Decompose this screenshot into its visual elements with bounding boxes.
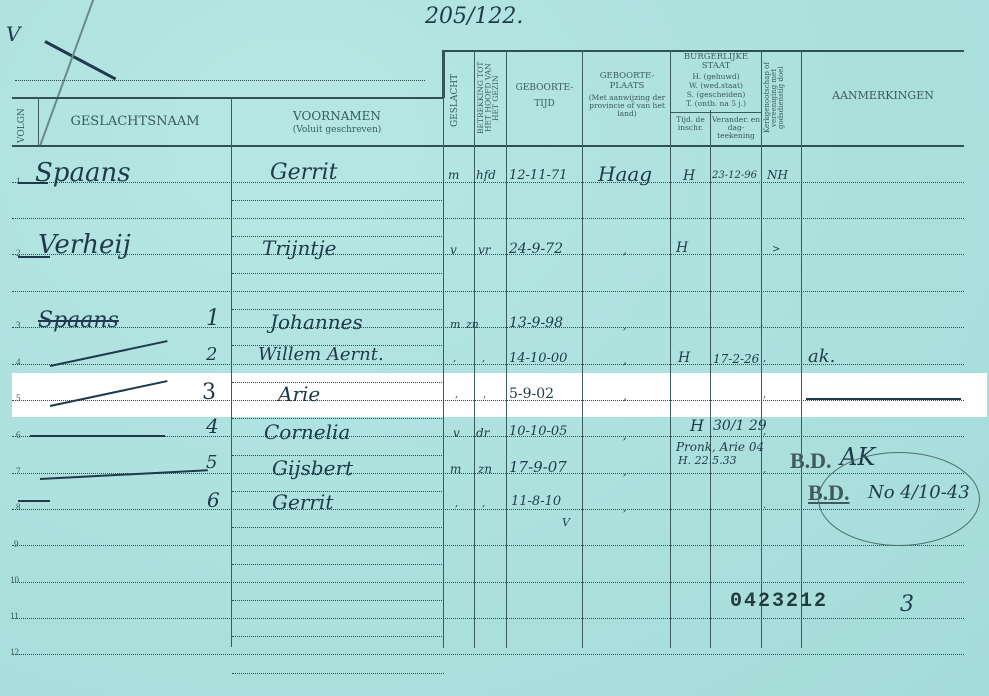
col-line-geboortetijd (506, 50, 507, 648)
col-line-verander (710, 110, 711, 648)
col-line-kerk (761, 50, 762, 648)
row5-sex: , (455, 389, 458, 400)
row4-civil-change: 17-2-26 (713, 352, 759, 366)
header-voornamen-sub: (Voluit geschreven) (232, 126, 442, 135)
row-line-5 (12, 400, 964, 401)
row2-given: Trijntje (262, 236, 336, 260)
row-number-4: 4 (16, 357, 21, 367)
row-subline-12 (232, 673, 444, 674)
header-kerkgenootschap: Kerkgenootschap of vereeniging met godsd… (764, 54, 798, 142)
row-subline-8 (232, 527, 444, 528)
row-number-5: 5 (16, 393, 21, 403)
row4-religion: , (763, 353, 766, 364)
row4-birth-place: , (623, 353, 627, 367)
row6-relation: dr (476, 426, 489, 440)
row3-child-number: 1 (206, 306, 220, 331)
header-bs-w: W. (wed.staat) (672, 82, 760, 90)
row1-civil-status: H (683, 168, 695, 184)
row-subline-11 (232, 636, 444, 637)
header-verander: Verander. en dag-teekening (711, 116, 761, 140)
row1-underline (18, 182, 48, 184)
row6-religion: , (763, 426, 766, 437)
row5-remarks-line (806, 398, 961, 400)
serial-suffix: 3 (900, 592, 914, 617)
row1-sex: m (448, 168, 459, 182)
header-voornamen: VOORNAMEN (232, 110, 442, 123)
header-betrekking: BETREKKING TOT HET HOOFD VAN HET GEZIN (477, 54, 505, 142)
col-line-aanmerkingen (801, 50, 802, 648)
row7-birth-date: 17-9-07 (509, 458, 567, 476)
row-line-1b (12, 218, 964, 219)
row-number-1: 1 (16, 176, 21, 186)
row7-civil-note: Pronk, Arie 04 (676, 440, 764, 454)
row-line-1 (12, 182, 964, 183)
row3-sex: m (450, 318, 460, 331)
row8-ditto-stroke (18, 500, 50, 502)
row-subline-5 (232, 418, 444, 419)
row1-given: Gerrit (270, 160, 338, 185)
row-line-11 (12, 618, 964, 619)
row5-birth-date: 5-9-02 (509, 386, 554, 402)
row4-relation: , (482, 353, 485, 364)
row-number-6: 6 (16, 430, 21, 440)
row-number-3: 3 (16, 320, 21, 330)
row3-birth-place: , (623, 318, 627, 332)
row-number-12: 12 (10, 647, 19, 657)
row2-underline (18, 256, 50, 258)
col-line-bs (670, 50, 671, 648)
row2-birth-place: , (623, 243, 627, 257)
card-reference-number: 205/122. (425, 4, 523, 29)
highlighted-row-5 (12, 373, 987, 417)
row3-surname: Spaans (38, 308, 119, 333)
header-geboortetijd-1: GEBOORTE- (507, 84, 582, 93)
address-line (15, 80, 425, 81)
header-geslacht: GESLACHT (451, 60, 460, 140)
row2-surname: Verheij (38, 230, 131, 260)
row-number-10: 10 (10, 575, 19, 585)
row7-religion: , (763, 464, 766, 475)
header-aanmerkingen: AANMERKINGEN (803, 90, 963, 102)
row-line-3 (12, 327, 964, 328)
col-line-geboorteplaats (582, 50, 583, 648)
header-top-line-left (12, 97, 444, 99)
row2-birth-date: 24-9-72 (509, 241, 563, 257)
row8-relation: , (482, 498, 485, 509)
row2-religion: > (772, 244, 780, 255)
row2-civil-status: H (676, 240, 688, 256)
row1-religion: NH (767, 168, 788, 182)
row1-surname: Spaans (35, 158, 131, 188)
row5-given: Arie (278, 382, 320, 406)
row8-sex: , (455, 498, 458, 509)
row6-ditto-stroke (30, 435, 165, 437)
row4-birth-date: 14-10-00 (509, 351, 567, 366)
row6-birth-place: , (623, 428, 627, 442)
row-number-8: 8 (16, 502, 21, 512)
population-register-card: V 205/122. VOLGN GESLACHTSNAAM VOORNAMEN… (0, 0, 989, 696)
row2-sex: v (450, 243, 457, 257)
row4-given: Willem Aernt. (258, 344, 384, 365)
header-geboorteplaats-2: PLAATS (584, 82, 670, 91)
header-tijd-inschr: Tijd. de inschr. (671, 116, 710, 132)
row6-civil-status: H (690, 416, 704, 435)
row7-relation: zn (478, 462, 492, 476)
row6-child-number: 4 (206, 414, 219, 438)
row6-civil-change: 30/1 29 (713, 418, 767, 434)
row4-ditto-stroke (50, 340, 168, 367)
row-line-12 (12, 654, 964, 655)
row6-birth-date: 10-10-05 (509, 424, 567, 439)
header-bottom-line (12, 145, 964, 147)
row-subline-10 (232, 600, 444, 601)
pen-stroke (44, 40, 116, 80)
row-subline-7 (232, 491, 444, 492)
row7-child-number: 5 (206, 452, 217, 473)
row3-religion: , (760, 318, 763, 329)
row-subline-4 (232, 382, 444, 383)
row4-child-number: 2 (206, 344, 217, 365)
row1-birth-date: 12-11-71 (509, 168, 567, 183)
header-geboortetijd-2: TIJD (507, 100, 582, 109)
serial-number: 0423212 (730, 590, 828, 613)
row-number-11: 11 (10, 611, 19, 621)
header-geboorteplaats-sub: (Met aanwijzing der provincie of van het… (586, 94, 668, 118)
row-number-7: 7 (16, 466, 21, 476)
row7-ditto-stroke (40, 469, 208, 480)
row7-civil-change: H. 22.5.33 (678, 454, 737, 467)
row8-birth-date: 11-8-10 (511, 494, 561, 509)
row7-birth-place: , (623, 464, 627, 478)
row1-relation: hfd (476, 168, 496, 182)
row1-civil-change: 23-12-96 (712, 170, 757, 181)
row8-check-mark: V (562, 516, 570, 529)
row7-given: Gijsbert (272, 456, 353, 480)
row8-birth-place: , (623, 500, 627, 514)
col-line-volgnr (38, 97, 39, 147)
header-burgerlijke-staat: BURGERLIJKE STAAT (672, 53, 760, 71)
row-subline-2b (232, 273, 444, 274)
row-line-10 (12, 582, 964, 583)
row3-given: Johannes (270, 310, 363, 334)
header-geslachtsnaam: GESLACHTSNAAM (40, 115, 230, 129)
header-bs-s: S. (gescheiden) (672, 91, 760, 99)
header-bs-h: H. (gehuwd) (672, 73, 760, 81)
row-subline-9 (232, 564, 444, 565)
row4-civil-status: H (678, 350, 690, 366)
row6-given: Cornelia (264, 420, 350, 444)
row7-sex: m (450, 462, 461, 476)
bs-sub-divider (671, 112, 761, 113)
row2-relation: vr (478, 243, 491, 257)
oval-stamp-outline (818, 452, 980, 546)
row-line-9 (12, 545, 964, 546)
row5-birth-place: , (623, 389, 627, 403)
bd-stamp-1: B.D. (790, 448, 832, 474)
header-volgnr: VOLGN (18, 108, 27, 144)
row3-relation: zn (466, 318, 479, 331)
corner-check-mark: V (6, 22, 20, 46)
row5-religion: , (763, 389, 766, 400)
row6-sex: v (453, 426, 460, 440)
row8-child-number: 6 (207, 488, 220, 512)
row-subline-1 (232, 200, 444, 201)
col-line-betrekking (474, 50, 475, 648)
header-bs-t: T. (ontb. na 5 j.) (672, 100, 760, 108)
row8-religion: . (763, 500, 766, 511)
row8-given: Gerrit (272, 490, 333, 514)
row-line-2b (12, 291, 964, 292)
row4-remarks: ak. (808, 346, 835, 367)
row5-child-number: 3 (202, 380, 216, 405)
row-number-9: 9 (14, 539, 19, 549)
row3-birth-date: 13-9-98 (509, 315, 563, 331)
header-geboorteplaats-1: GEBOORTE- (584, 72, 670, 81)
col-line-geslacht (443, 50, 444, 648)
row5-relation: , (483, 389, 486, 400)
row1-birth-place: Haag (598, 162, 652, 186)
row4-sex: , (453, 353, 456, 364)
